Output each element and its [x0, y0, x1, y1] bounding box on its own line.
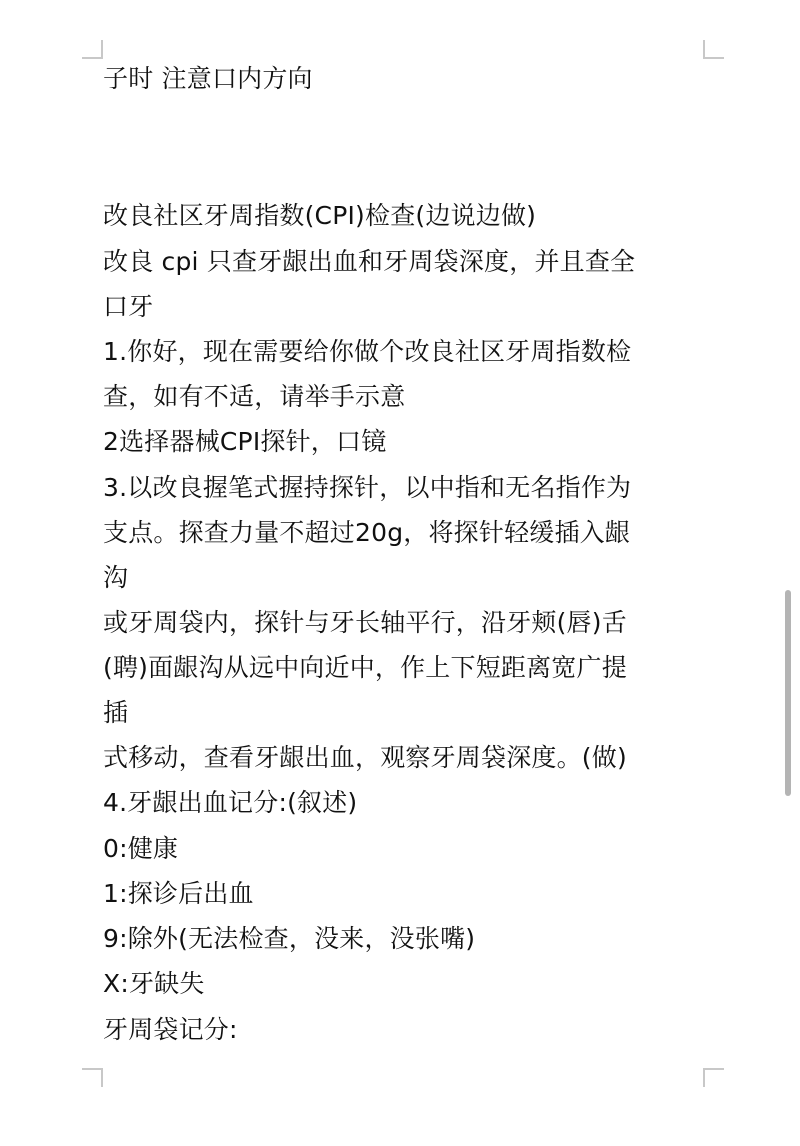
step-3-text: 沟 [103, 563, 128, 593]
score-item-1: 1:探诊后出血 [103, 879, 254, 909]
pocket-score-heading: 牙周袋记分: [103, 1015, 238, 1045]
vertical-scrollbar-thumb[interactable] [785, 590, 791, 796]
section-heading: 改良社区牙周指数(CPI)检查(边说边做) [103, 201, 536, 231]
step-1-text: 1.你好，现在需要给你做个改良社区牙周指数检 [103, 337, 631, 367]
page-corner-mark-top-left [82, 40, 103, 59]
page-corner-mark-top-right [703, 40, 724, 59]
step-3-text: 或牙周袋内，探针与牙长轴平行，沿牙颊(唇)舌 [103, 608, 627, 638]
text-line: 口牙 [103, 292, 153, 322]
step-3-text: 式移动，查看牙龈出血，观察牙周袋深度。(做) [103, 743, 627, 773]
document-page: 子时 注意口内方向 改良社区牙周指数(CPI)检查(边说边做) 改良 cpi 只… [0, 0, 800, 1146]
page-corner-mark-bottom-right [703, 1068, 724, 1087]
step-2-text: 2选择器械CPI探针，口镜 [103, 427, 386, 457]
score-item-9: 9:除外(无法检查，没来，没张嘴) [103, 924, 475, 954]
step-3-text: 支点。探查力量不超过20g，将探针轻缓插入龈 [103, 518, 630, 548]
step-3-text: 插 [103, 698, 128, 728]
page-corner-mark-bottom-left [82, 1068, 103, 1087]
step-3-text: (聘)面龈沟从远中向近中，作上下短距离宽广提 [103, 653, 627, 683]
text-line: 子时 注意口内方向 [103, 64, 313, 94]
step-1-text: 查，如有不适，请举手示意 [103, 382, 405, 412]
step-3-text: 3.以改良握笔式握持探针，以中指和无名指作为 [103, 473, 631, 503]
step-4-heading: 4.牙龈出血记分:(叙述) [103, 788, 357, 818]
score-item-0: 0:健康 [103, 834, 178, 864]
text-line: 改良 cpi 只查牙龈出血和牙周袋深度，并且查全 [103, 247, 635, 277]
score-item-x: X:牙缺失 [103, 969, 205, 999]
